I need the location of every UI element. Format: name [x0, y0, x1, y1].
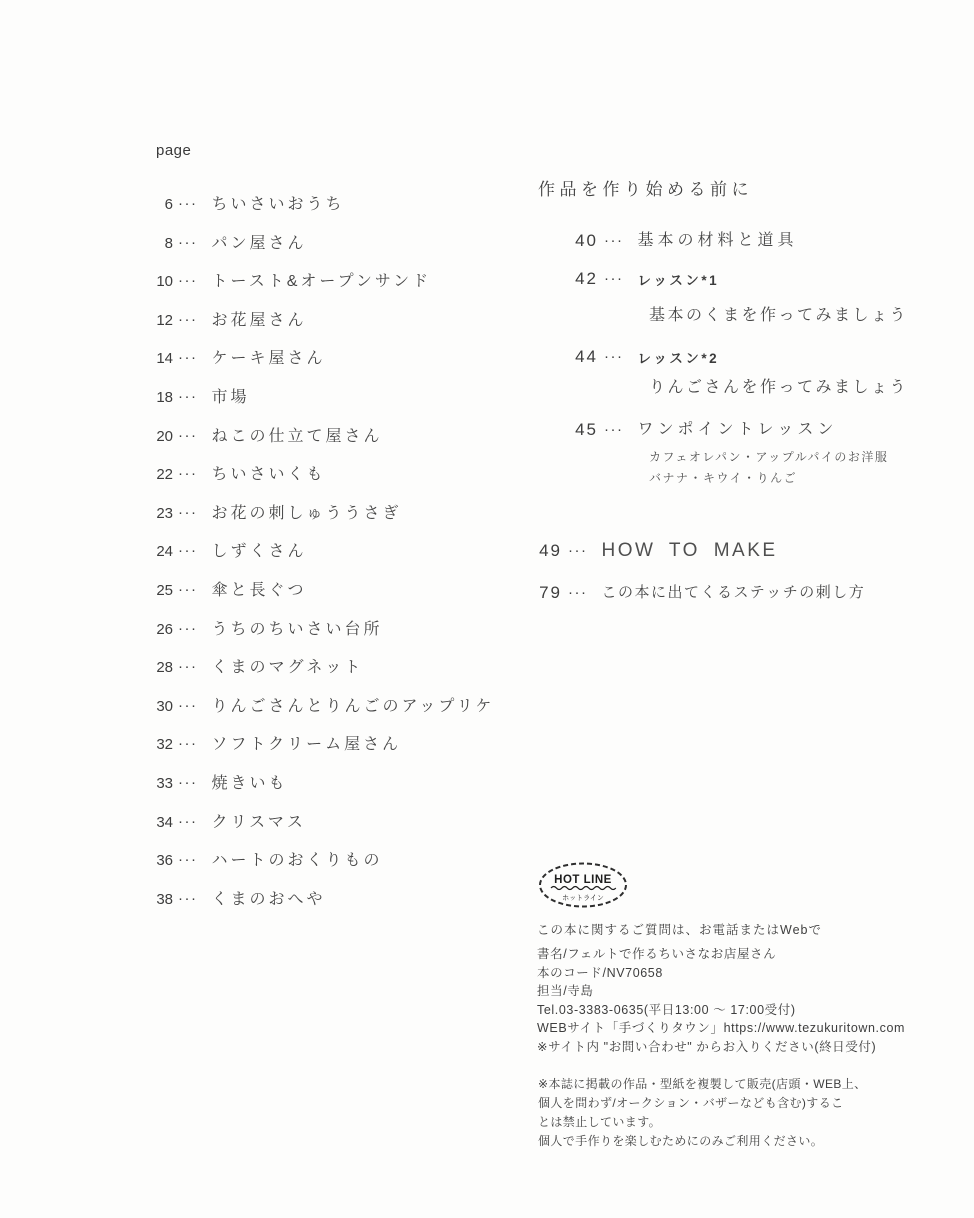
- toc-item: 34 ··· クリスマス: [153, 813, 533, 852]
- toc-item: 6 ··· ちいさいおうち: [153, 195, 533, 234]
- toc-item-title: 市場: [212, 388, 250, 408]
- toc-left-column: page 6 ··· ちいさいおうち 8 ··· パン屋さん 10 ··· トー…: [153, 142, 533, 928]
- book-toc-page: page 6 ··· ちいさいおうち 8 ··· パン屋さん 10 ··· トー…: [0, 0, 974, 1218]
- toc-item-title: ワンポイントレッスン: [638, 420, 838, 440]
- toc-item-title: クリスマス: [212, 813, 306, 833]
- toc-item-note: カフェオレパン・アップルパイのお洋服: [649, 448, 888, 465]
- toc-item-title: くまのマグネット: [212, 658, 364, 678]
- toc-leader-dots: ···: [178, 503, 198, 523]
- toc-item-title: ねこの仕立て屋さん: [212, 427, 383, 447]
- toc-leader-dots: ···: [178, 619, 198, 639]
- toc-page-number: 42: [562, 269, 598, 289]
- toc-item: 20 ··· ねこの仕立て屋さん: [153, 427, 533, 466]
- toc-page-number: 14: [153, 349, 173, 369]
- toc-item-title: パン屋さん: [212, 234, 307, 254]
- hotline-logo-icon: HOT LINE ホットライン: [537, 861, 629, 909]
- toc-item: 45 ··· ワンポイントレッスン: [562, 420, 837, 440]
- toc-page-number: 44: [562, 347, 598, 367]
- hotline-intro: この本に関するご質問は、お電話またはWebで: [537, 920, 967, 938]
- toc-page-number: 8: [153, 234, 173, 254]
- toc-page-number: 38: [153, 890, 173, 910]
- toc-leader-dots: ···: [178, 464, 198, 484]
- toc-leader-dots: ···: [178, 426, 198, 446]
- toc-item-title: 傘と長ぐつ: [212, 581, 307, 601]
- toc-leader-dots: ···: [178, 580, 198, 600]
- toc-leader-dots: ···: [178, 657, 198, 677]
- book-code-line: 本のコード/NV70658: [537, 964, 967, 983]
- toc-leader-dots: ···: [178, 850, 198, 870]
- toc-page-number: 23: [153, 504, 173, 524]
- toc-page-number: 45: [562, 420, 598, 440]
- toc-page-number: 12: [153, 311, 173, 331]
- toc-page-number: 32: [153, 735, 173, 755]
- toc-item: 14 ··· ケーキ屋さん: [153, 349, 533, 388]
- toc-item-title: この本に出てくるステッチの刺し方: [602, 583, 866, 603]
- toc-page-number: 34: [153, 813, 173, 833]
- toc-item-stitch-guide: 79 ··· この本に出てくるステッチの刺し方: [538, 583, 865, 603]
- toc-page-number: 30: [153, 697, 173, 717]
- toc-item: 18 ··· 市場: [153, 388, 533, 427]
- toc-item-title: 基本の材料と道具: [638, 231, 798, 251]
- toc-leader-dots: ···: [178, 271, 198, 291]
- toc-leader-dots: ···: [604, 420, 624, 440]
- book-title-line: 書名/フェルトで作るちいさなお店屋さん: [537, 945, 967, 964]
- toc-item: 8 ··· パン屋さん: [153, 234, 533, 273]
- hotline-details: 書名/フェルトで作るちいさなお店屋さん 本のコード/NV70658 担当/寺島 …: [537, 945, 967, 1056]
- toc-item-title: トースト&オープンサンド: [212, 272, 432, 292]
- hotline-logo-subtext: ホットライン: [562, 894, 604, 902]
- toc-item: 25 ··· 傘と長ぐつ: [153, 581, 533, 620]
- hotline-logo-text: HOT LINE: [554, 874, 612, 886]
- toc-item: 33 ··· 焼きいも: [153, 774, 533, 813]
- toc-leader-dots: ···: [178, 696, 198, 716]
- toc-item-title: レッスン*2: [638, 349, 720, 369]
- contact-person-line: 担当/寺島: [537, 982, 967, 1001]
- toc-page-number: 33: [153, 774, 173, 794]
- toc-item-subtitle: 基本のくまを作ってみましょう: [649, 302, 908, 325]
- page-label: page: [156, 142, 533, 159]
- toc-leader-dots: ···: [604, 269, 624, 289]
- toc-item: 30 ··· りんごさんとりんごのアップリケ: [153, 697, 533, 736]
- tel-line: Tel.03-3383-0635(平日13:00 〜 17:00受付): [537, 1001, 967, 1020]
- toc-item-title: ハートのおくりもの: [212, 851, 383, 871]
- toc-item-title: HOW TO MAKE: [602, 541, 778, 561]
- toc-item-title: お花の刺しゅううさぎ: [212, 504, 402, 524]
- copyright-disclaimer: ※本誌に掲載の作品・型紙を複製して販売(店頭・WEB上、 個人を問わず/オークシ…: [538, 1075, 867, 1151]
- toc-item: 26 ··· うちのちいさい台所: [153, 620, 533, 659]
- toc-item-title: くまのおへや: [212, 890, 326, 910]
- toc-item-title: ちいさいくも: [212, 465, 326, 485]
- toc-item: 42 ··· レッスン*1: [562, 269, 719, 289]
- toc-leader-dots: ···: [604, 347, 624, 367]
- toc-item: 12 ··· お花屋さん: [153, 311, 533, 350]
- toc-leader-dots: ···: [178, 348, 198, 368]
- disclaimer-line: とは禁止しています。: [538, 1113, 867, 1132]
- hotline-section: HOT LINE ホットライン この本に関するご質問は、お電話またはWebで 書…: [537, 861, 967, 1056]
- toc-item-title: お花屋さん: [212, 311, 307, 331]
- toc-item-title: しずくさん: [212, 542, 307, 562]
- toc-item: 38 ··· くまのおへや: [153, 890, 533, 929]
- toc-item: 28 ··· くまのマグネット: [153, 658, 533, 697]
- toc-item: 40 ··· 基本の材料と道具: [562, 231, 798, 251]
- toc-page-number: 40: [562, 231, 598, 251]
- toc-leader-dots: ···: [568, 583, 588, 603]
- toc-item: 23 ··· お花の刺しゅううさぎ: [153, 504, 533, 543]
- toc-item: 44 ··· レッスン*2: [562, 347, 719, 367]
- toc-leader-dots: ···: [178, 889, 198, 909]
- disclaimer-line: 個人を問わず/オークション・バザーなども含む)するこ: [538, 1094, 867, 1113]
- toc-item-subtitle: りんごさんを作ってみましょう: [649, 374, 908, 397]
- toc-page-number: 20: [153, 427, 173, 447]
- toc-leader-dots: ···: [178, 310, 198, 330]
- toc-leader-dots: ···: [604, 231, 624, 251]
- toc-item: 22 ··· ちいさいくも: [153, 465, 533, 504]
- toc-item: 24 ··· しずくさん: [153, 542, 533, 581]
- toc-page-number: 22: [153, 465, 173, 485]
- toc-page-number: 26: [153, 620, 173, 640]
- toc-item-title: ケーキ屋さん: [212, 349, 326, 369]
- toc-leader-dots: ···: [178, 812, 198, 832]
- toc-page-number: 18: [153, 388, 173, 408]
- toc-leader-dots: ···: [178, 387, 198, 407]
- toc-item-title: うちのちいさい台所: [212, 620, 383, 640]
- toc-item: 10 ··· トースト&オープンサンド: [153, 272, 533, 311]
- toc-item-title: りんごさんとりんごのアップリケ: [212, 697, 495, 717]
- toc-item: 32 ··· ソフトクリーム屋さん: [153, 735, 533, 774]
- toc-leader-dots: ···: [178, 734, 198, 754]
- toc-leader-dots: ···: [178, 773, 198, 793]
- toc-page-number: 25: [153, 581, 173, 601]
- toc-page-number: 49: [538, 541, 562, 561]
- section-header-before-making: 作品を作り始める前に: [538, 175, 753, 200]
- toc-page-number: 36: [153, 851, 173, 871]
- toc-item-title: ソフトクリーム屋さん: [212, 735, 402, 755]
- toc-list: 6 ··· ちいさいおうち 8 ··· パン屋さん 10 ··· トースト&オー…: [153, 195, 533, 928]
- web-note-line: ※サイト内 "お問い合わせ" からお入りください(終日受付): [537, 1038, 967, 1057]
- toc-item-title: 焼きいも: [212, 774, 288, 794]
- toc-leader-dots: ···: [178, 194, 198, 214]
- disclaimer-line: ※本誌に掲載の作品・型紙を複製して販売(店頭・WEB上、: [538, 1075, 867, 1094]
- toc-item-note: バナナ・キウイ・りんご: [649, 469, 797, 486]
- toc-item-title: ちいさいおうち: [212, 195, 345, 215]
- toc-leader-dots: ···: [178, 541, 198, 561]
- toc-item: 36 ··· ハートのおくりもの: [153, 851, 533, 890]
- toc-item-title: レッスン*1: [638, 271, 720, 291]
- toc-leader-dots: ···: [568, 541, 588, 561]
- toc-leader-dots: ···: [178, 233, 198, 253]
- toc-page-number: 28: [153, 658, 173, 678]
- toc-page-number: 79: [538, 583, 562, 603]
- toc-page-number: 24: [153, 542, 173, 562]
- disclaimer-line: 個人で手作りを楽しむためにのみご利用ください。: [538, 1132, 867, 1151]
- toc-item-how-to-make: 49 ··· HOW TO MAKE: [538, 541, 778, 561]
- web-line: WEBサイト「手づくりタウン」https://www.tezukuritown.…: [537, 1019, 967, 1038]
- toc-page-number: 10: [153, 272, 173, 292]
- toc-page-number: 6: [153, 195, 173, 215]
